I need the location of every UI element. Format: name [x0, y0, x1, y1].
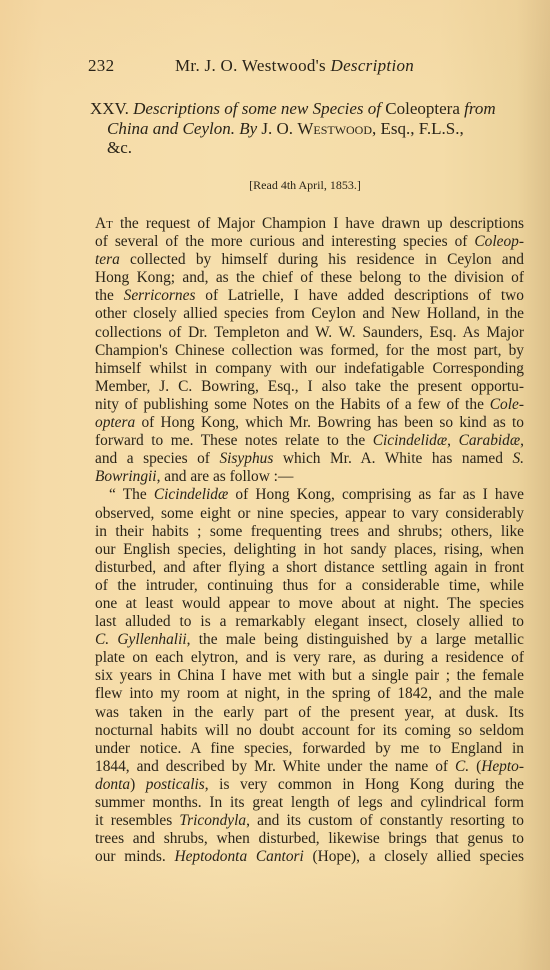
title-text: Descriptions of some new Species of: [133, 99, 381, 118]
text-line: six years in China I have met with but a…: [95, 667, 524, 685]
italic-term: Coleop-: [474, 233, 524, 250]
text-run: our minds.: [95, 848, 174, 865]
text-run: collections of Dr. Templeton and W. W. S…: [95, 324, 524, 341]
text-run: of Latrielle, I have added descriptions …: [195, 287, 524, 304]
title-text: China and Ceylon. By: [107, 119, 257, 138]
text-run: plate on each elytron, and is very rare,…: [95, 649, 524, 666]
text-run: of several of the more curious and inter…: [95, 233, 474, 250]
author-credentials: , Esq., F.L.S.,: [372, 119, 464, 138]
text-line: trees and shrubs, when disturbed, likewi…: [95, 830, 524, 848]
text-line: collections of Dr. Templeton and W. W. S…: [95, 324, 524, 342]
text-line: it resembles Tricondyla, and its custom …: [95, 812, 524, 830]
text-line: plate on each elytron, and is very rare,…: [95, 649, 524, 667]
section-numeral: XXV.: [90, 99, 133, 118]
text-run: six years in China I have met with but a…: [95, 667, 524, 684]
text-line: the Serricornes of Latrielle, I have add…: [95, 287, 524, 305]
text-run: the: [95, 287, 124, 304]
text-run: himself whilst in company with our indef…: [95, 360, 524, 377]
text-line: observed, some eight or nine species, ap…: [95, 505, 524, 523]
running-title-roman: Mr. J. O. Westwood's: [175, 56, 331, 75]
text-line: under notice. A fine species, forwarded …: [95, 740, 524, 758]
text-run: of Hong Kong, which Mr. Bowring has been…: [135, 414, 524, 431]
text-line: flew into my room at night, in the sprin…: [95, 685, 524, 703]
italic-term: Cole-: [490, 396, 524, 413]
text-line: Member, J. C. Bowring, Esq., I also take…: [95, 378, 524, 396]
text-run: observed, some eight or nine species, ap…: [95, 505, 524, 522]
text-run: Champion's Chinese collection was formed…: [95, 342, 524, 359]
page-number: 232: [88, 56, 114, 76]
text-run: ): [130, 776, 146, 793]
italic-term: C. Gyllenhalii: [95, 631, 187, 648]
text-line: and a species of Sisyphus which Mr. A. W…: [95, 450, 524, 468]
title-line-3: &c.: [90, 138, 528, 158]
author-name: Westwood: [297, 119, 372, 138]
text-run: (Hope), a closely allied species: [304, 848, 524, 865]
italic-term: Tricondyla: [179, 812, 246, 829]
text-run: “ The: [109, 486, 154, 503]
text-line: in their habits ; some frequenting trees…: [95, 523, 524, 541]
text-run: was taken in the early part of the prese…: [95, 704, 524, 721]
text-run: Member, J. C. Bowring, Esq., I also take…: [95, 378, 524, 395]
text-run: (: [469, 758, 481, 775]
italic-term: donta: [95, 776, 130, 793]
title-text: Coleoptera: [381, 99, 464, 118]
text-line: 1844, and described by Mr. White under t…: [95, 758, 524, 776]
text-run: last alluded to is a remarkably elegant …: [95, 613, 524, 630]
text-run: ,: [520, 432, 524, 449]
italic-term: Bowringii: [95, 468, 157, 485]
text-line: Hong Kong; and, as the chief of these be…: [95, 269, 524, 287]
text-line: disturbed, and after flying a short dist…: [95, 559, 524, 577]
text-run: Hong Kong; and, as the chief of these be…: [95, 269, 524, 286]
text-run: and a species of: [95, 450, 219, 467]
italic-term: posticalis: [146, 776, 205, 793]
text-line: Champion's Chinese collection was formed…: [95, 342, 524, 360]
italic-term: Cicindelidæ: [373, 432, 447, 449]
text-run: At: [95, 215, 113, 232]
text-run: in their habits ; some frequenting trees…: [95, 523, 524, 540]
author-initials: J. O.: [257, 119, 297, 138]
text-line: nity of publishing some Notes on the Hab…: [95, 396, 524, 414]
read-date: [Read 4th April, 1853.]: [0, 178, 550, 193]
text-line: Bowringii, and are as follow :—: [95, 468, 524, 486]
article-title: XXV. Descriptions of some new Species of…: [90, 99, 528, 158]
italic-term: S.: [512, 450, 524, 467]
text-run: flew into my room at night, in the sprin…: [95, 685, 524, 702]
italic-term: tera: [95, 251, 120, 268]
text-line: of the intruder, continuing thus for a c…: [95, 577, 524, 595]
italic-term: C.: [455, 758, 469, 775]
text-line: At the request of Major Champion I have …: [95, 215, 524, 233]
text-run: of Hong Kong, comprising as far as I hav…: [228, 486, 524, 503]
text-line: of several of the more curious and inter…: [95, 233, 524, 251]
text-run: trees and shrubs, when disturbed, likewi…: [95, 830, 524, 847]
text-run: , the male being distinguished by a larg…: [187, 631, 524, 648]
text-line: “ The Cicindelidæ of Hong Kong, comprisi…: [95, 486, 524, 504]
italic-term: Carabidæ: [459, 432, 521, 449]
italic-term: optera: [95, 414, 135, 431]
text-run: which Mr. A. White has named: [273, 450, 512, 467]
text-line: himself whilst in company with our indef…: [95, 360, 524, 378]
running-title: Mr. J. O. Westwood's Description: [175, 56, 414, 76]
text-line: donta) posticalis, is very common in Hon…: [95, 776, 524, 794]
text-line: C. Gyllenhalii, the male being distingui…: [95, 631, 524, 649]
title-line-1: XXV. Descriptions of some new Species of…: [90, 99, 528, 119]
text-line: our minds. Heptodonta Cantori (Hope), a …: [95, 848, 524, 866]
text-line: summer months. In its great length of le…: [95, 794, 524, 812]
text-run: under notice. A fine species, forwarded …: [95, 740, 524, 757]
italic-term: Cicindelidæ: [154, 486, 228, 503]
text-line: nocturnal habits will no doubt account f…: [95, 722, 524, 740]
body-text: At the request of Major Champion I have …: [95, 215, 524, 866]
text-run: the request of Major Champion I have dra…: [113, 215, 524, 232]
text-run: other closely allied species from Ceylon…: [95, 305, 524, 322]
text-line: last alluded to is a remarkably elegant …: [95, 613, 524, 631]
text-run: , is very common in Hong Kong during the: [205, 776, 524, 793]
title-line-2: China and Ceylon. By J. O. Westwood, Esq…: [90, 119, 528, 139]
text-run: summer months. In its great length of le…: [95, 794, 524, 811]
italic-term: Sisyphus: [219, 450, 273, 467]
text-line: other closely allied species from Ceylon…: [95, 305, 524, 323]
text-run: of the intruder, continuing thus for a c…: [95, 577, 524, 594]
text-line: forward to me. These notes relate to the…: [95, 432, 524, 450]
text-line: optera of Hong Kong, which Mr. Bowring h…: [95, 414, 524, 432]
text-run: , and its custom of constantly resorting…: [246, 812, 524, 829]
italic-term: Serricornes: [124, 287, 196, 304]
text-run: collected by himself during his residenc…: [120, 251, 524, 268]
text-run: ,: [447, 432, 458, 449]
text-run: nocturnal habits will no doubt account f…: [95, 722, 524, 739]
text-run: forward to me. These notes relate to the: [95, 432, 373, 449]
text-line: tera collected by himself during his res…: [95, 251, 524, 269]
text-run: it resembles: [95, 812, 179, 829]
italic-term: Hepto-: [481, 758, 524, 775]
text-line: was taken in the early part of the prese…: [95, 704, 524, 722]
title-text: from: [464, 99, 496, 118]
text-run: nity of publishing some Notes on the Hab…: [95, 396, 490, 413]
running-head: 232 Mr. J. O. Westwood's Description: [88, 56, 528, 78]
text-run: disturbed, and after flying a short dist…: [95, 559, 524, 576]
text-run: one at least would appear to move about …: [95, 595, 524, 612]
text-line: one at least would appear to move about …: [95, 595, 524, 613]
text-run: 1844, and described by Mr. White under t…: [95, 758, 455, 775]
text-run: our English species, delighting in hot s…: [95, 541, 524, 558]
text-line: our English species, delighting in hot s…: [95, 541, 524, 559]
italic-term: Heptodonta Cantori: [174, 848, 303, 865]
text-run: , and are as follow :—: [157, 468, 294, 485]
running-title-italic: Description: [331, 56, 415, 75]
